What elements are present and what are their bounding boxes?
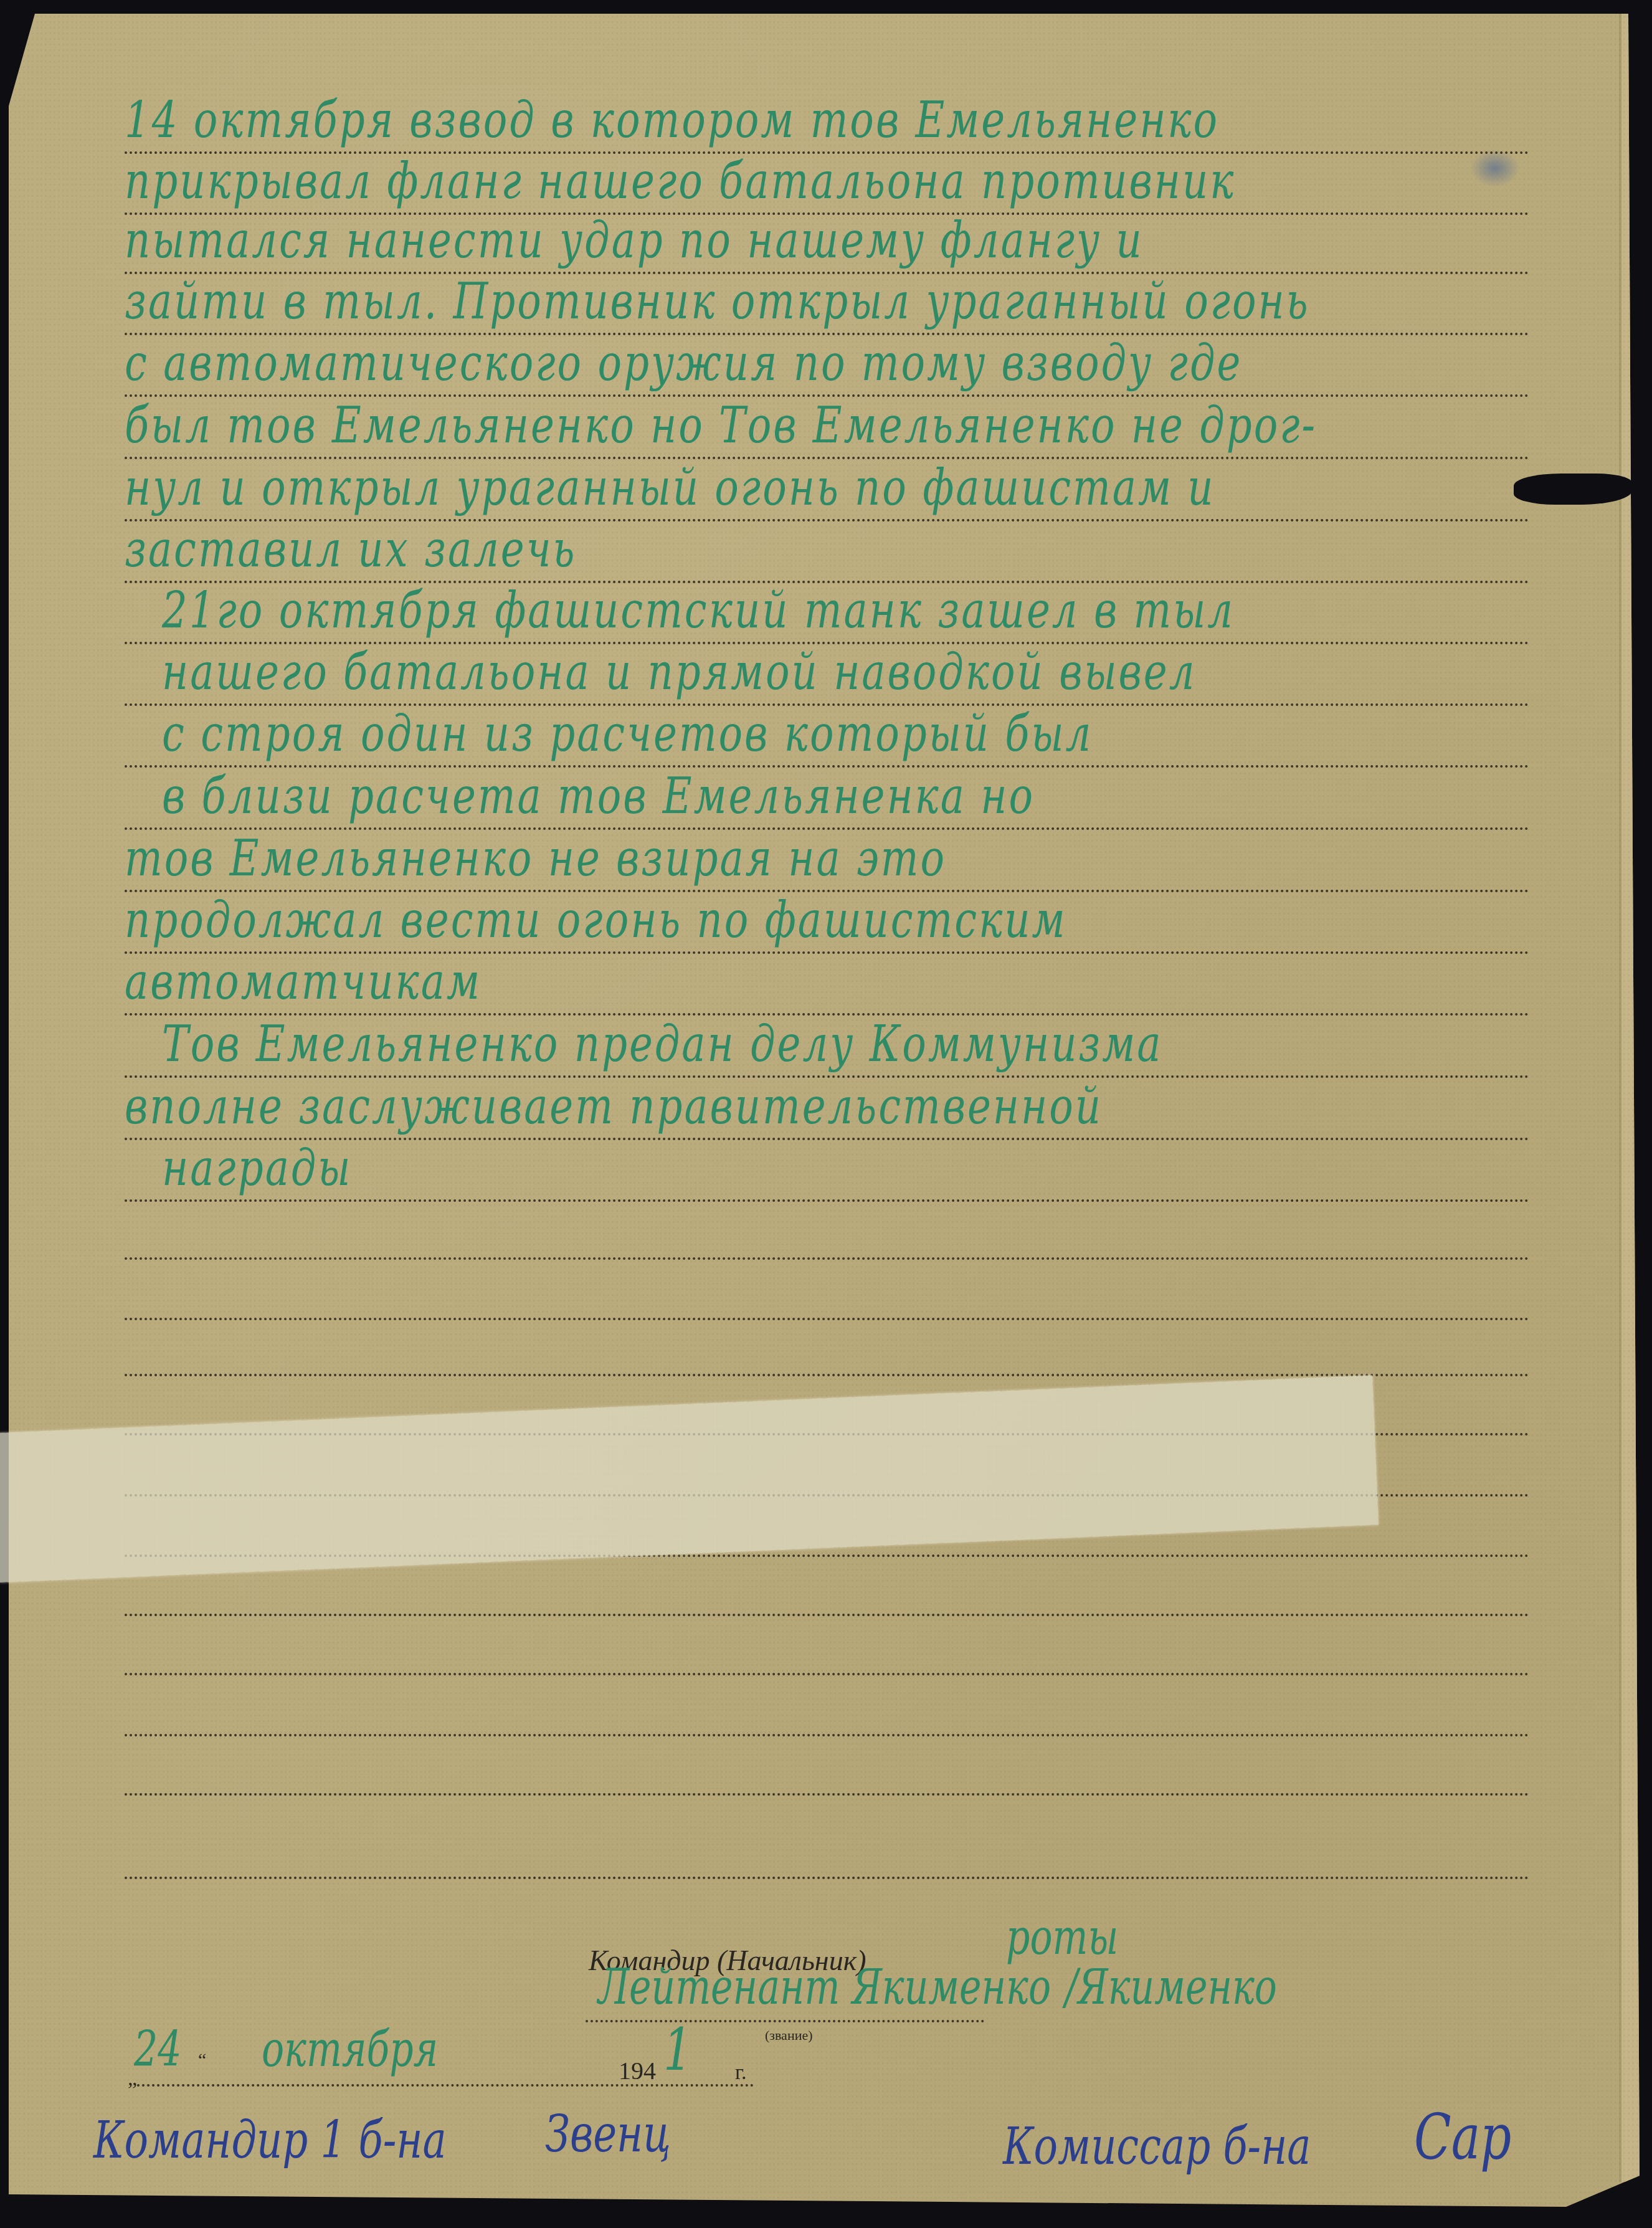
rank-rule <box>586 2020 984 2022</box>
body-line: тов Емельяненко не взирая на это <box>125 834 1545 884</box>
date-close-quote: “ <box>198 2050 206 2071</box>
rule-line <box>125 827 1529 830</box>
body-line: с строя один из расчетов который был <box>162 710 1582 759</box>
rule-line <box>125 1318 1529 1320</box>
body-line: вполне заслуживает правительственной <box>125 1082 1545 1132</box>
rank-signature: Лейтенант Якименко <box>598 1959 1051 2016</box>
body-line: 14 октября взвод в котором тов Емельянен… <box>125 96 1545 146</box>
rule-line <box>125 1199 1529 1202</box>
year-prefix: 194 <box>619 2056 656 2085</box>
date-rule <box>137 2084 754 2087</box>
rule-line <box>125 394 1529 397</box>
rule-line <box>125 1257 1529 1260</box>
body-line: нул и открыл ураганный огонь по фашистам… <box>125 464 1545 513</box>
body-line: Тов Емельяненко предан делу Коммунизма <box>162 1020 1582 1070</box>
body-line: нашего батальона и прямой наводкой вывел <box>162 648 1582 698</box>
rule-line <box>125 1075 1529 1078</box>
rule-line <box>125 1734 1529 1736</box>
commissar-label: Комиссар б-на <box>1003 2117 1311 2177</box>
body-line: в близи расчета тов Емельяненка но <box>162 772 1582 822</box>
rule-line <box>125 1614 1529 1616</box>
unit-handwritten: роты <box>1006 1909 1118 1966</box>
body-line: зайти в тыл. Противник открыл ураганный … <box>125 277 1545 327</box>
body-line: с автоматического оружия по тому взводу … <box>125 339 1545 389</box>
body-line: был тов Емельяненко но Тов Емельяненко н… <box>125 401 1545 451</box>
body-line: 21го октября фашистский танк зашел в тыл <box>162 586 1582 636</box>
folded-edge <box>1619 14 1642 2182</box>
rule-line <box>125 1673 1529 1675</box>
body-line: продолжал вести огонь по фашистским <box>125 896 1545 946</box>
year-suffix: 1 <box>663 2016 692 2083</box>
battalion-commander-label: Командир 1 б-на <box>93 2111 447 2171</box>
date-month: октября <box>262 2021 438 2078</box>
year-label: г. <box>735 2061 747 2085</box>
rule-line <box>125 1374 1529 1376</box>
date-day: 24 <box>134 2021 181 2078</box>
commander-name: /Якименко <box>1065 1959 1277 2016</box>
rule-line <box>125 457 1529 459</box>
battalion-commander-signature: Звенц <box>545 2105 671 2164</box>
body-line: автоматчикам <box>125 958 1545 1007</box>
body-line: прикрывал фланг нашего батальона противн… <box>125 157 1545 207</box>
rule-line <box>125 1013 1529 1016</box>
body-line: заставил их залечь <box>125 525 1545 575</box>
rule-line <box>125 765 1529 768</box>
body-line: пытался нанести удар по нашему флангу и <box>125 216 1545 266</box>
body-line: награды <box>162 1144 1582 1194</box>
rule-line <box>125 1793 1529 1796</box>
rank-caption: (звание) <box>765 2027 813 2044</box>
commissar-signature: Сар <box>1414 2102 1511 2174</box>
rule-line <box>125 1877 1529 1879</box>
